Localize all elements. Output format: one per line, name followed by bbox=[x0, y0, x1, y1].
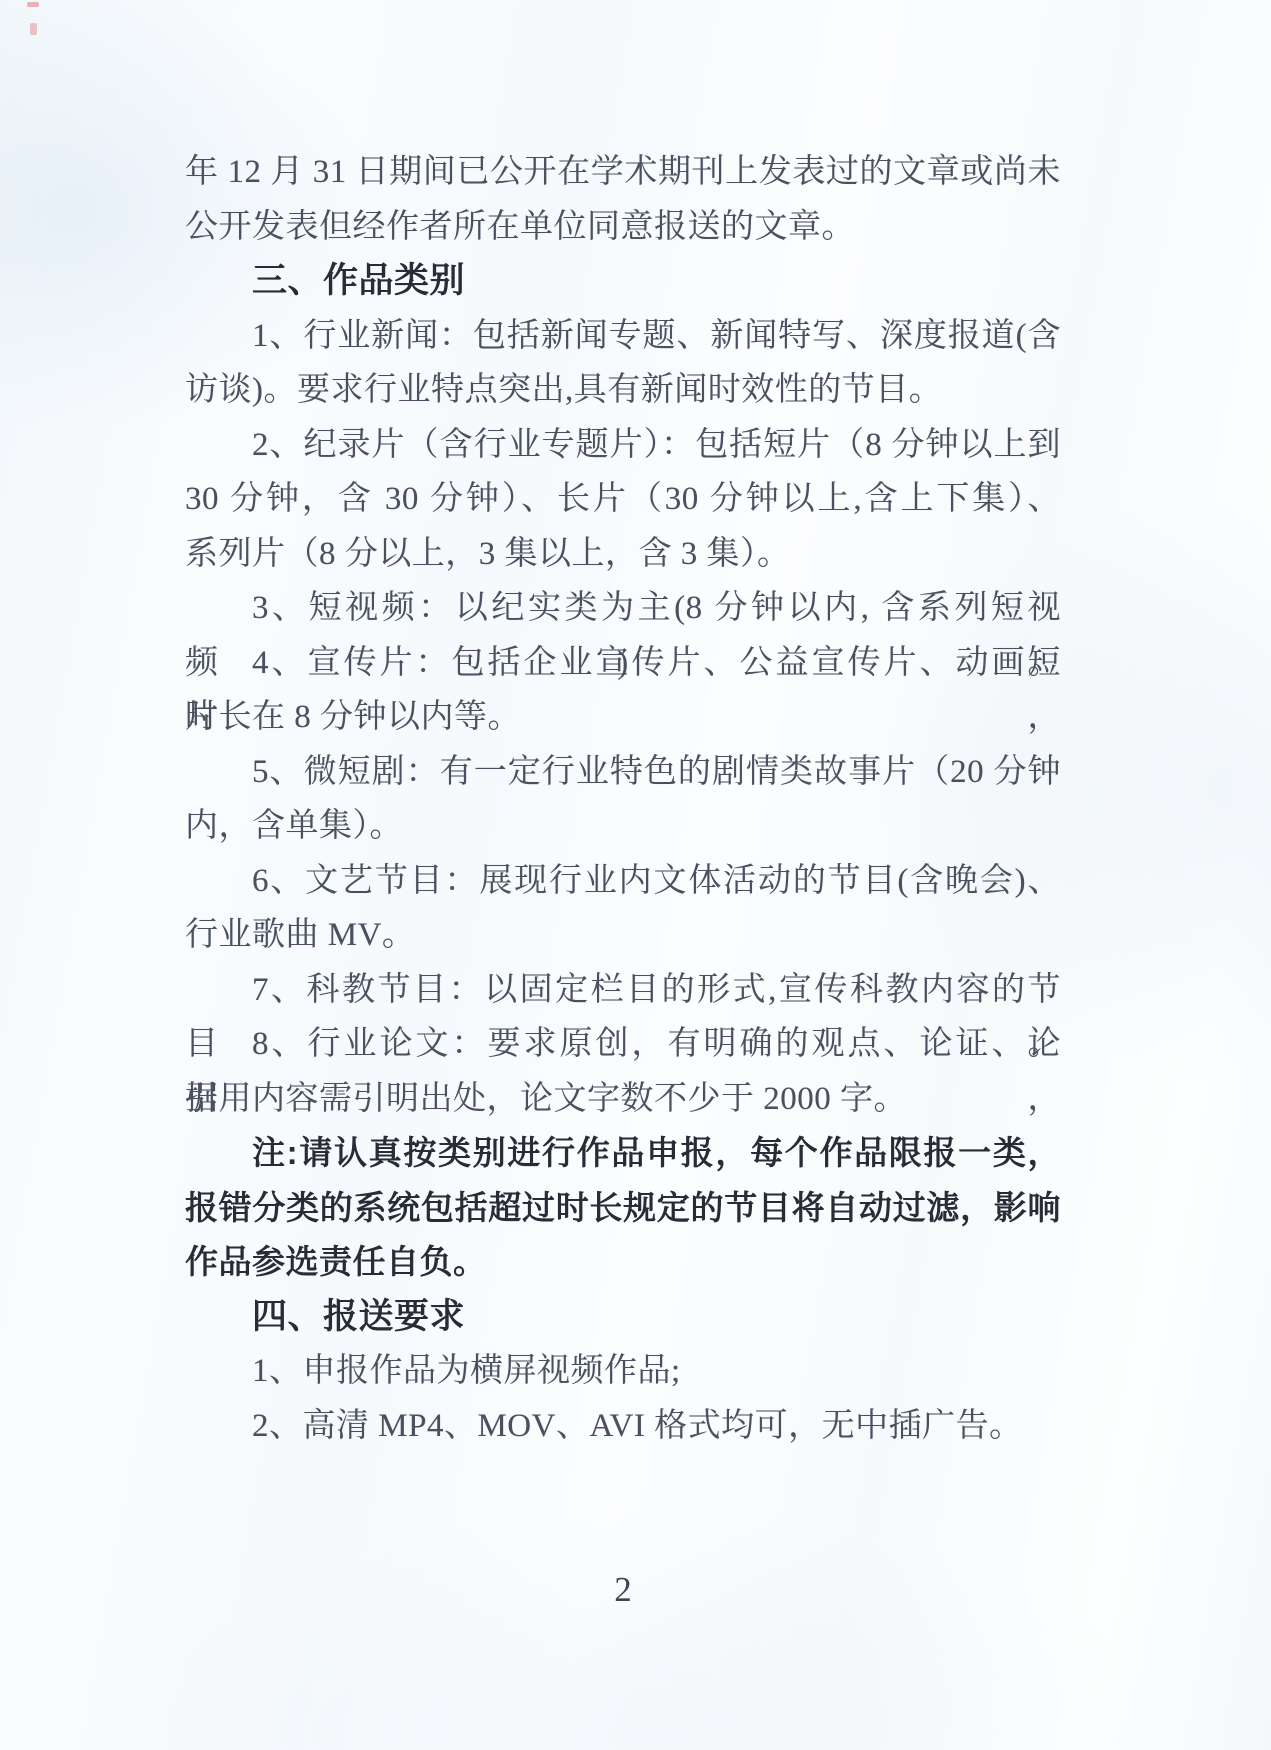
list-item-5-line: 内，含单集）。 bbox=[185, 799, 1061, 854]
document-body: 年 12 月 31 日期间已公开在学术期刊上发表过的文章或尚未 公开发表但经作者… bbox=[185, 145, 1061, 1453]
note-line: 作品参选责任自负。 bbox=[185, 1235, 1061, 1290]
section-heading-submission-requirements: 四、报送要求 bbox=[185, 1290, 1061, 1345]
req-item-1-line: 1、申报作品为横屏视频作品; bbox=[185, 1344, 1061, 1399]
body-line: 公开发表但经作者所在单位同意报送的文章。 bbox=[185, 200, 1061, 255]
list-item-8-line: 8、行业论文：要求原创，有明确的观点、论证、论据， bbox=[185, 1017, 1061, 1072]
list-item-1-line: 1、行业新闻：包括新闻专题、新闻特写、深度报道(含 bbox=[185, 309, 1061, 364]
page-number: 2 bbox=[185, 1565, 1061, 1615]
note-line: 报错分类的系统包括超过时长规定的节目将自动过滤，影响 bbox=[185, 1181, 1061, 1236]
list-item-4-line: 4、宣传片：包括企业宣传片、公益宣传片、动画短片， bbox=[185, 636, 1061, 691]
section-heading-works-categories: 三、作品类别 bbox=[185, 254, 1061, 309]
list-item-6-line: 行业歌曲 MV。 bbox=[185, 908, 1061, 963]
body-line: 年 12 月 31 日期间已公开在学术期刊上发表过的文章或尚未 bbox=[185, 145, 1061, 200]
list-item-3-line: 3、短视频：以纪实类为主(8 分钟以内, 含系列短视频)。 bbox=[185, 581, 1061, 636]
note-line: 注:请认真按类别进行作品申报，每个作品限报一类， bbox=[185, 1126, 1061, 1181]
list-item-1-line: 访谈)。要求行业特点突出,具有新闻时效性的节目。 bbox=[185, 363, 1061, 418]
scan-artifact-red bbox=[27, 2, 39, 7]
scanned-document-page: 年 12 月 31 日期间已公开在学术期刊上发表过的文章或尚未 公开发表但经作者… bbox=[0, 0, 1271, 1750]
list-item-2-line: 30 分钟，含 30 分钟）、长片（30 分钟以上,含上下集）、 bbox=[185, 472, 1061, 527]
list-item-2-line: 系列片（8 分以上，3 集以上，含 3 集）。 bbox=[185, 527, 1061, 582]
scan-artifact-red bbox=[30, 23, 37, 35]
req-item-2-line: 2、高清 MP4、MOV、AVI 格式均可，无中插广告。 bbox=[185, 1399, 1061, 1454]
list-item-6-line: 6、文艺节目：展现行业内文体活动的节目(含晚会)、 bbox=[185, 854, 1061, 909]
list-item-7-line: 7、科教节目：以固定栏目的形式,宣传科教内容的节目。 bbox=[185, 963, 1061, 1018]
list-item-5-line: 5、微短剧：有一定行业特色的剧情类故事片（20 分钟 bbox=[185, 745, 1061, 800]
list-item-2-line: 2、纪录片（含行业专题片）：包括短片（8 分钟以上到 bbox=[185, 418, 1061, 473]
